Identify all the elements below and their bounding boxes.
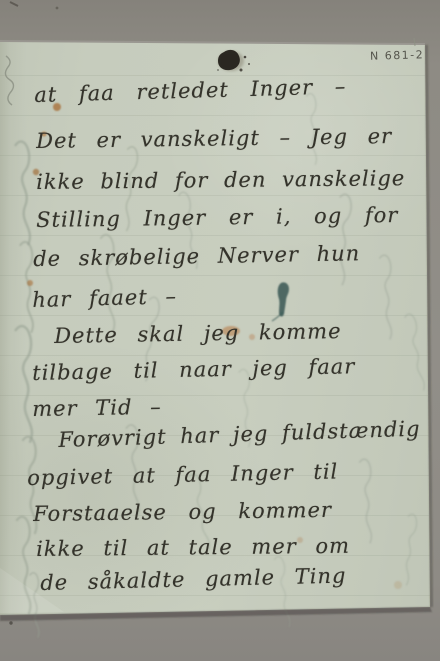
archive-label: N 681-2 — [370, 48, 425, 62]
letter-line-13: ikke til at tale mer om — [36, 534, 350, 561]
letter-line-3: ikke blind for den vanskelige — [36, 166, 405, 194]
letter-line-2: Det er vanskeligt – Jeg er — [36, 124, 392, 153]
letter-line-7: Dette skal jeg komme — [54, 319, 342, 348]
letter-line-4: Stilling Inger er i, og for — [36, 203, 398, 232]
letter-photograph: N 681-2 at faa retledet Inger – Det er v… — [0, 0, 440, 661]
letter-line-12: Forstaaelse og kommer — [33, 498, 332, 526]
letter-line-6: har faaet – — [32, 284, 177, 312]
letter-line-9: mer Tid – — [32, 395, 162, 421]
